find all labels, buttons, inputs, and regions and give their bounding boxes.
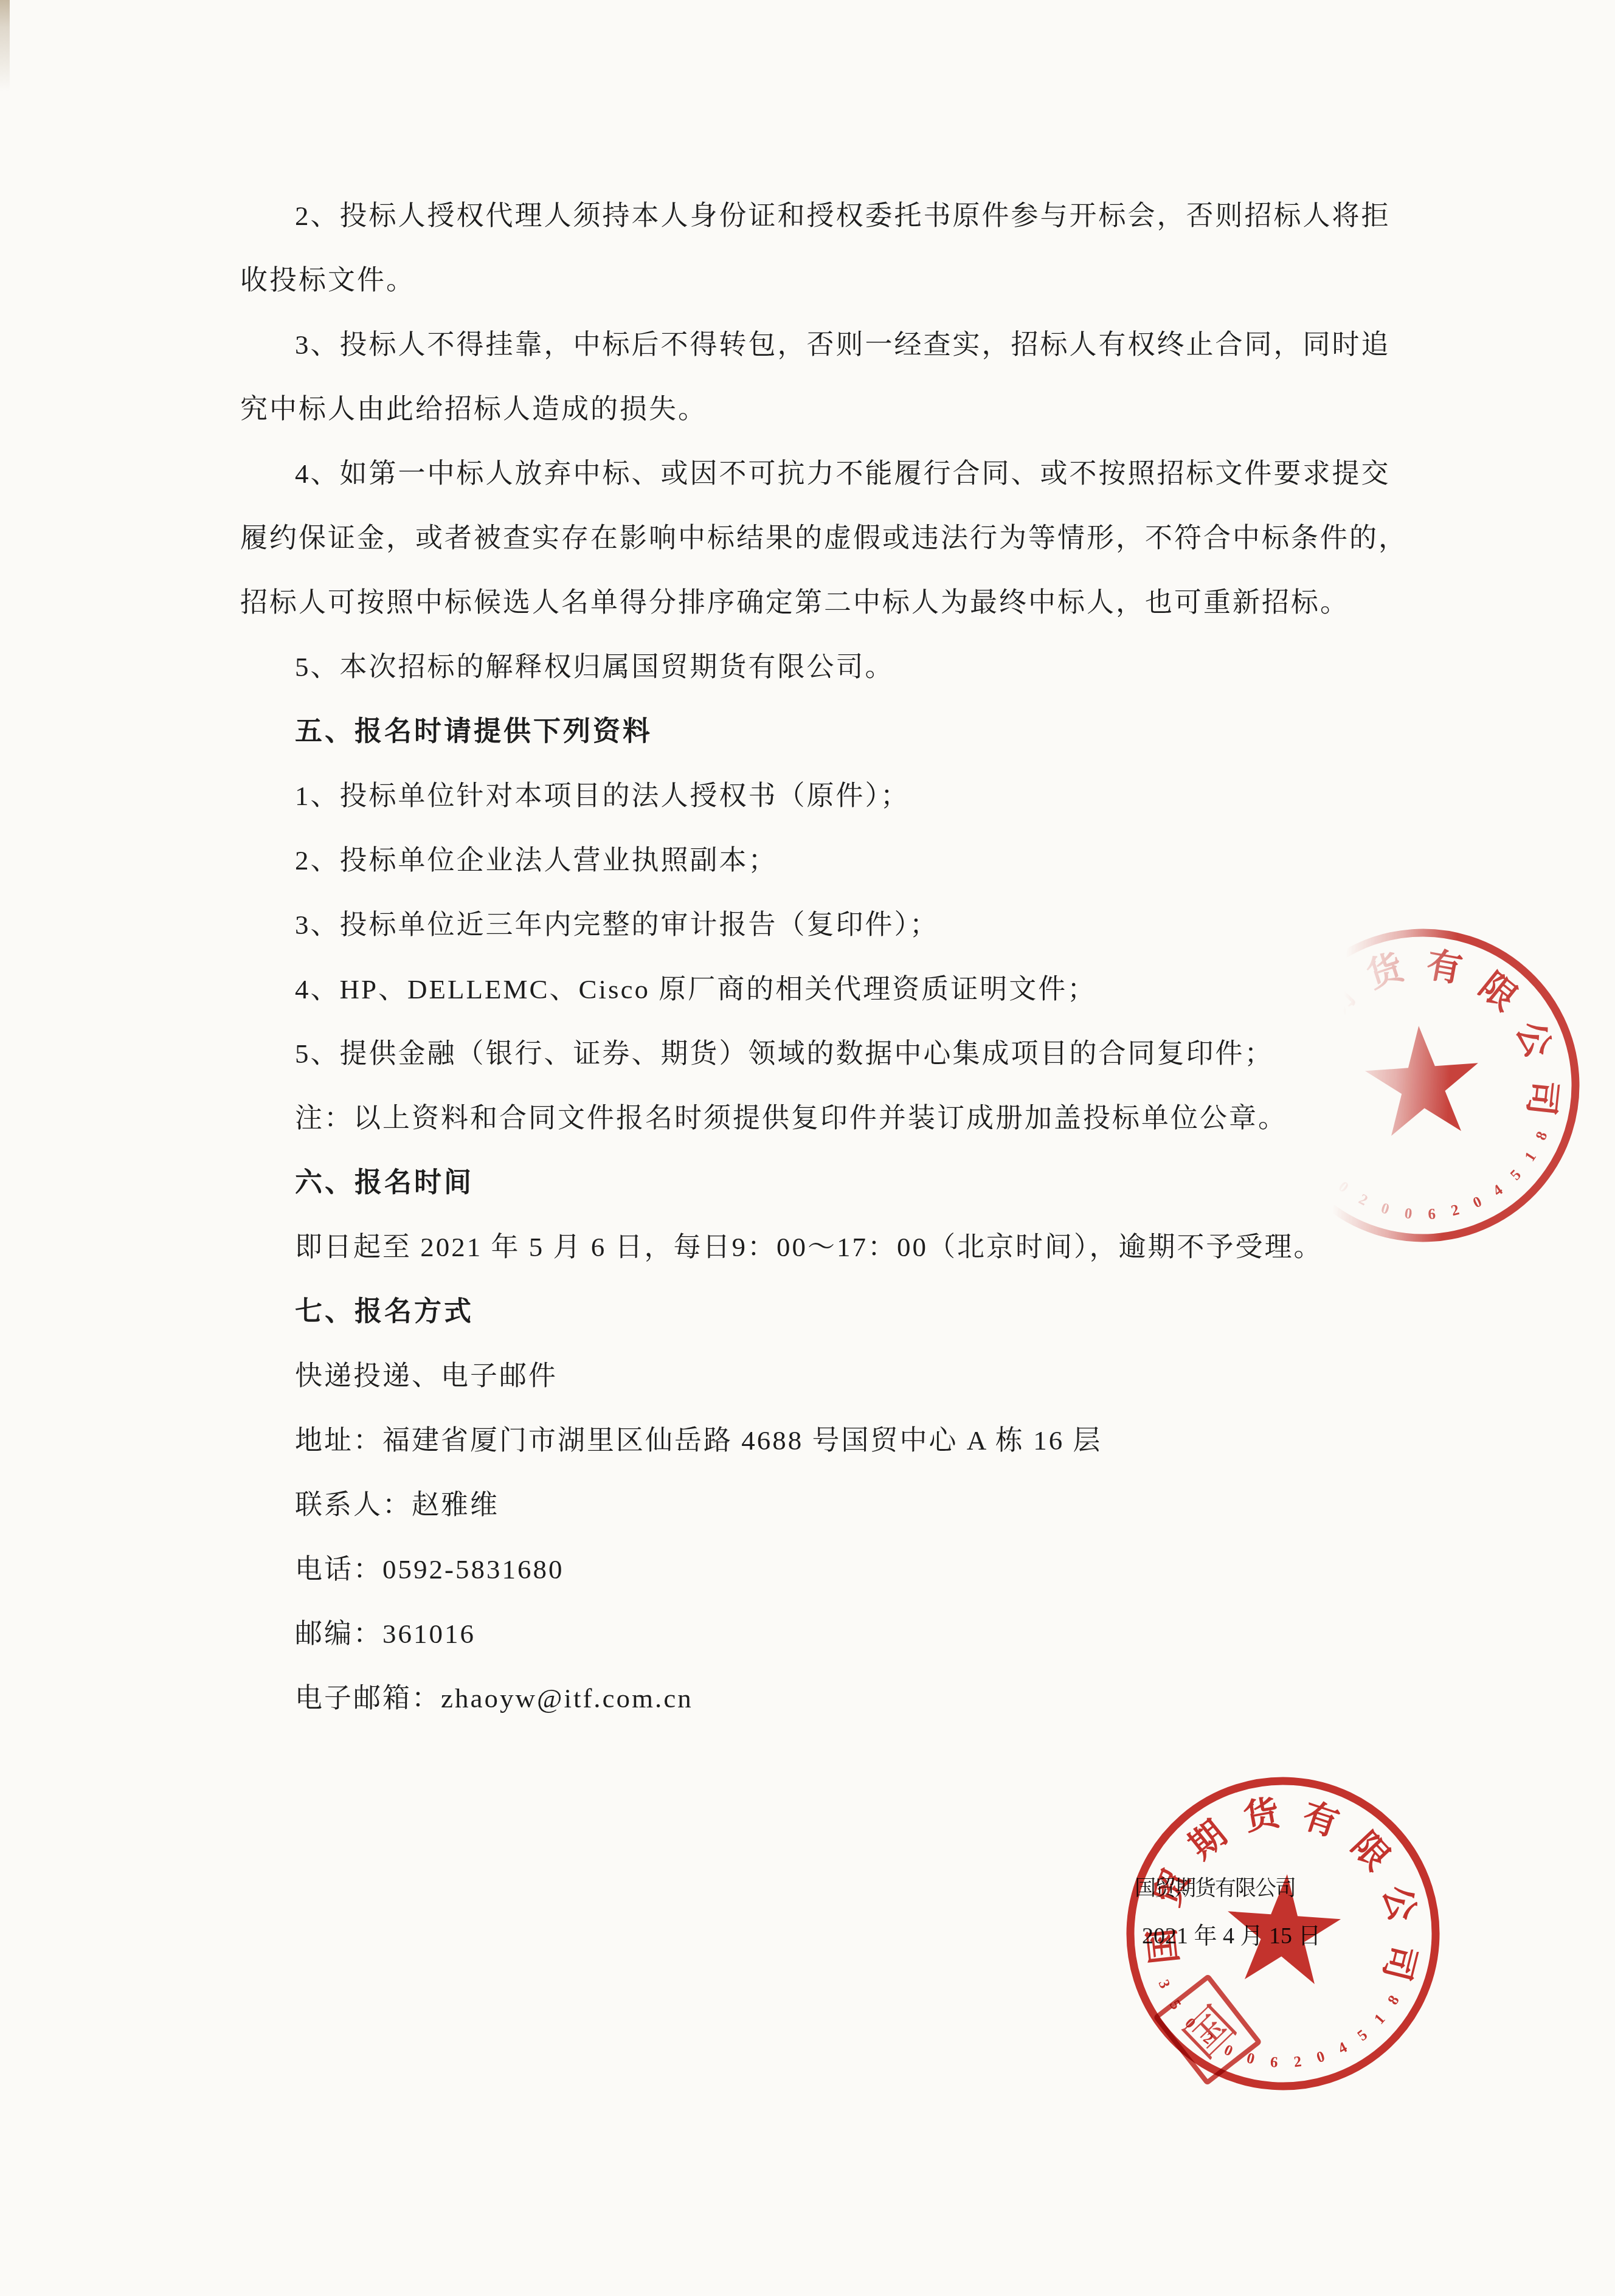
seal-serial-digit: 3 (1155, 1977, 1174, 1991)
seal-ring-text-char: 国 (1283, 1093, 1330, 1136)
seal-ring-text-char: 货 (1240, 1793, 1284, 1838)
seal-ring-text-char: 贸 (1283, 1032, 1330, 1077)
text-line: 收投标文件。 (240, 248, 1450, 313)
text-line: 招标人可按照中标候选人名单得分排序确定第二中标人为最终中标人，也可重新招标。 (240, 570, 1450, 635)
seal-ring-text-char: 限 (1472, 966, 1524, 1018)
seal-star-icon (1362, 1022, 1482, 1138)
text-line: 七、报名方式 (240, 1279, 1450, 1344)
text-line: 3、投标人不得挂靠，中标后不得转包，否则一经查实，招标人有权终止合同，同时追 (240, 313, 1450, 377)
seal-serial-digit: 2 (1356, 1191, 1371, 1209)
text-line: 邮编：361016 (240, 1602, 1450, 1666)
text-line: 五、报名时请提供下列资料 (240, 699, 1450, 764)
seal-serial-digit: 0 (1470, 1194, 1484, 1212)
seal-serial-digit: 8 (1385, 1993, 1403, 2008)
seal-ring-text-char: 有 (1423, 945, 1465, 990)
text-line: 电话：0592-5831680 (240, 1537, 1450, 1602)
text-line: 4、如第一中标人放弃中标、或因不可抗力不能履行合同、或不按照招标文件要求提交 (240, 441, 1450, 506)
scan-corner-artifact (0, 0, 10, 91)
text-line: 联系人：赵雅维 (240, 1473, 1450, 1537)
seal-ring-text-char: 公 (1375, 1881, 1423, 1926)
seal-ring-text-char: 有 (1298, 1796, 1343, 1844)
seal-ring-text-char: 公 (1509, 1015, 1558, 1063)
text-line: 1、投标单位针对本项目的法人授权书（原件）； (240, 764, 1450, 828)
seal-serial-digit: 0 (1315, 2048, 1327, 2066)
text-line: 地址：福建省厦门市湖里区仙岳路 4688 号国贸中心 A 栋 16 层 (240, 1408, 1450, 1473)
seal-serial-digit: 5 (1318, 1163, 1335, 1179)
seal-serial-digit: 4 (1490, 1181, 1506, 1200)
seal-serial-digit: 8 (1533, 1129, 1551, 1143)
seal-serial-digit: 2 (1450, 1202, 1461, 1219)
seal-ring-text-char: 期 (1309, 977, 1361, 1030)
text-line: 2、投标单位企业法人营业执照副本； (240, 828, 1450, 893)
seal-serial-digit: 6 (1428, 1206, 1436, 1223)
seal-serial-digit: 1 (1371, 2011, 1389, 2027)
seal-serial-digit: 0 (1379, 1200, 1391, 1217)
partial-company-seal-stamp: 国贸期货有限公司3502006204518 (1241, 904, 1605, 1267)
seal-ring-text-char: 货 (1362, 947, 1409, 996)
text-line: 电子邮箱：zhaoyw@itf.com.cn (240, 1666, 1450, 1731)
seal-ring-text-char: 司 (1376, 1941, 1423, 1985)
text-line: 履约保证金，或者被查实存在影响中标结果的虚假或违法行为等情形，不符合中标条件的， (240, 506, 1450, 570)
seal-ring-text-char: 限 (1344, 1825, 1397, 1878)
company-seal-stamp: 国贸期货有限公司3502006204518 (1101, 1752, 1465, 2115)
scanned-tender-document-page: { "document": { "paper_color": "#fbfaf7"… (0, 0, 1615, 2296)
text-line: 快递投递、电子邮件 (240, 1344, 1450, 1408)
text-line: 究中标人由此给招标人造成的损失。 (240, 377, 1450, 441)
seal-serial-digit: 5 (1355, 2027, 1371, 2044)
seal-ring-text-char: 期 (1181, 1814, 1234, 1867)
seal-serial-digit: 3 (1303, 1144, 1321, 1160)
seal-serial-digit: 0 (1335, 1178, 1351, 1196)
text-line: 2、投标人授权代理人须持本人身份证和授权委托书原件参与开标会，否则招标人将拒 (240, 184, 1450, 248)
seal-ring-text-char: 国 (1142, 1926, 1185, 1965)
seal-serial-digit: 0 (1403, 1205, 1413, 1222)
seal-ring-text-char: 贸 (1147, 1862, 1197, 1911)
seal-serial-digit: 2 (1293, 2053, 1302, 2070)
text-line: 5、本次招标的解释权归属国贸期货有限公司。 (240, 635, 1450, 699)
seal-ring-text-char: 司 (1521, 1078, 1564, 1117)
seal-serial-digit: 6 (1270, 2054, 1278, 2071)
document-page: 2、投标人授权代理人须持本人身份证和授权委托书原件参与开标会，否则招标人将拒收投… (0, 0, 1615, 2296)
seal-serial-digit: 1 (1521, 1149, 1539, 1164)
seal-serial-digit: 4 (1335, 2039, 1350, 2057)
seal-star-icon (1223, 1870, 1343, 1986)
seal-serial-digit: 5 (1507, 1167, 1524, 1184)
